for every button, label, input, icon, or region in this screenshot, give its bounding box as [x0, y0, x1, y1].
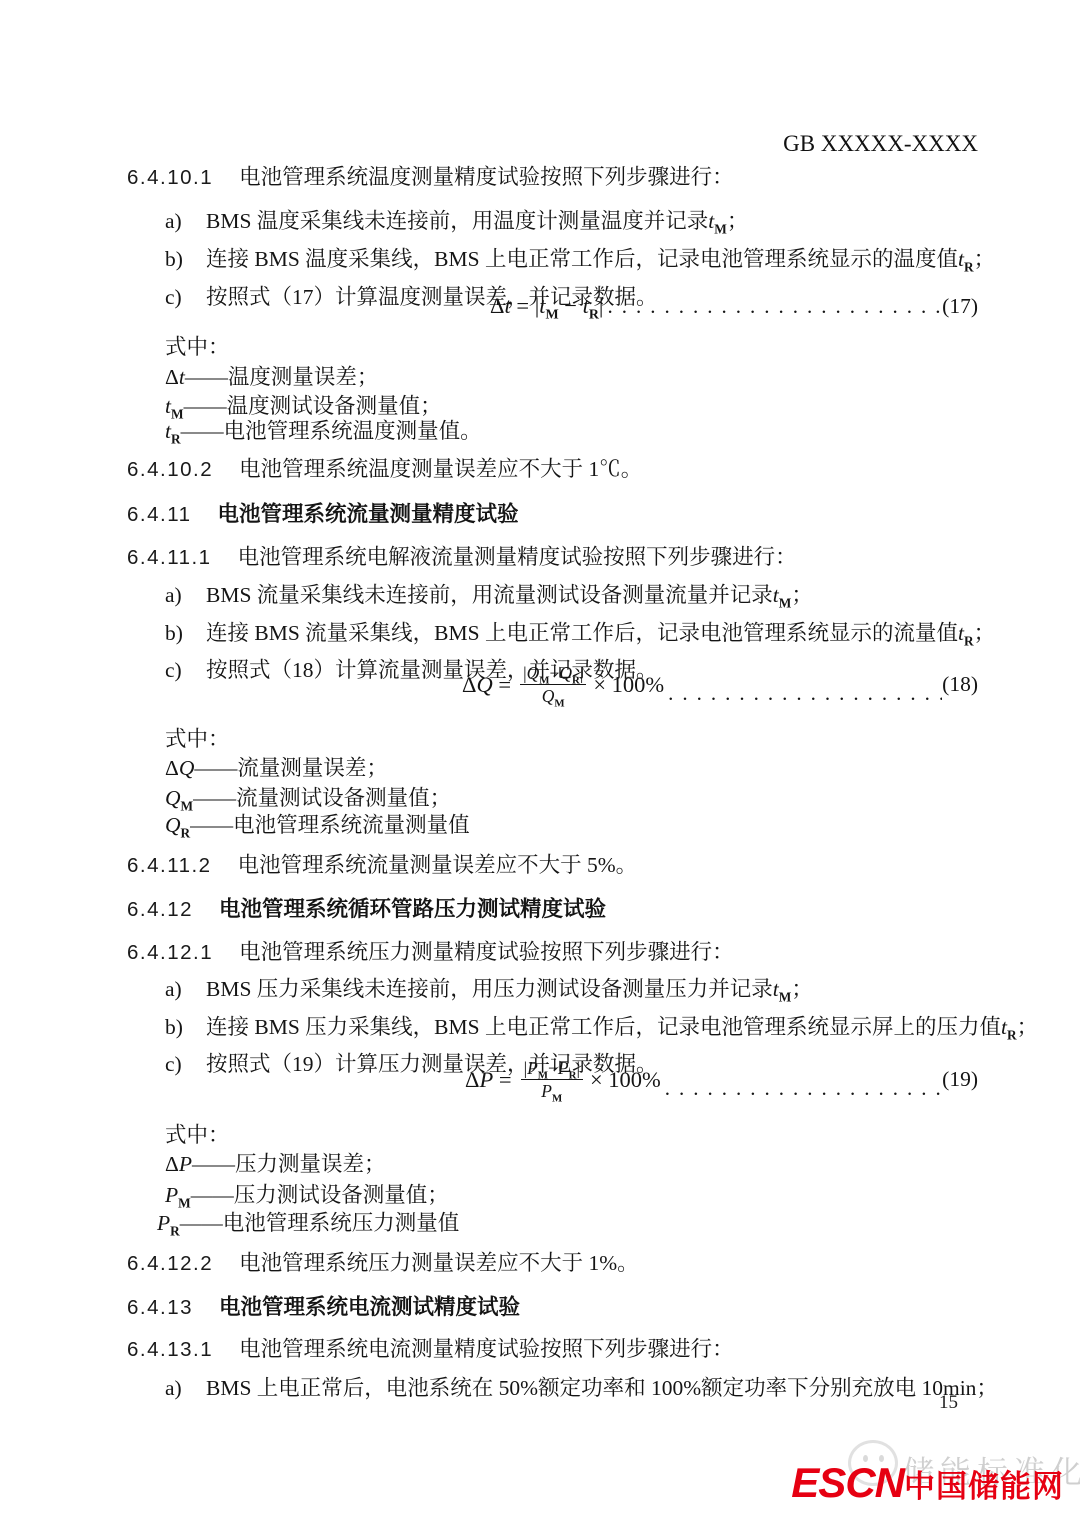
step-item-b: b)连接 BMS 温度采集线，BMS 上电正常工作后，记录电池管理系统显示的温度… [165, 242, 995, 273]
step-marker: a) [165, 977, 206, 1002]
equation-19-tail: × 100% [590, 1067, 661, 1093]
clause-text: 电池管理系统压力测量误差应不大于 1%。 [239, 1251, 639, 1275]
escn-logo-latin: ESCN [791, 1459, 904, 1507]
clause-6-4-12-1: 6.4.12.1电池管理系统压力测量精度试验按照下列步骤进行： [127, 935, 734, 966]
where-text: 式中： [165, 727, 230, 751]
clause-text: 电池管理系统电流测量精度试验按照下列步骤进行： [239, 1337, 734, 1361]
equation-17: Δt = |tM − tR| [490, 293, 603, 319]
heading-6-4-13: 6.4.13电池管理系统电流测试精度试验 [127, 1290, 520, 1321]
equation-19-lhs: ΔP = [465, 1067, 512, 1093]
dot-leader: ........................................… [661, 1076, 942, 1101]
clause-number: 6.4.13.1 [127, 1338, 213, 1361]
page-header: GB XXXXX-XXXX [783, 131, 978, 157]
step-item-b: b)连接 BMS 压力采集线，BMS 上电正常工作后，记录电池管理系统显示屏上的… [165, 1010, 1038, 1041]
heading-title: 电池管理系统流量测量精度试验 [217, 502, 518, 526]
fraction-denominator: PM [541, 1080, 562, 1101]
clause-number: 6.4.10.1 [127, 166, 213, 189]
heading-title: 电池管理系统电流测试精度试验 [219, 1295, 520, 1319]
where-label: 式中： [165, 330, 230, 361]
step-item-a: a)BMS 上电正常后，电池系统在 50%额定功率和 100%额定功率下分别充放… [165, 1371, 998, 1402]
heading-6-4-12: 6.4.12电池管理系统循环管路压力测试精度试验 [127, 892, 606, 923]
step-item-a: a)BMS 流量采集线未连接前，用流量测试设备测量流量并记录tM； [165, 578, 813, 609]
formula-17: Δt = |tM − tR| .........................… [127, 293, 978, 319]
clause-6-4-13-1: 6.4.13.1电池管理系统电流测量精度试验按照下列步骤进行： [127, 1332, 734, 1363]
step-item-a: a)BMS 压力采集线未连接前，用压力测试设备测量压力并记录tM； [165, 972, 813, 1003]
clause-6-4-11-2: 6.4.11.2电池管理系统流量测量误差应不大于 5%。 [127, 848, 637, 879]
formula-19: ΔP = |PM−PR| PM × 100% .................… [127, 1058, 978, 1101]
step-marker: a) [165, 209, 206, 234]
fraction: |QM−QR| QM [520, 663, 586, 706]
clause-6-4-10-1: 6.4.10.1电池管理系统温度测量精度试验按照下列步骤进行： [127, 160, 734, 191]
clause-6-4-12-2: 6.4.12.2电池管理系统压力测量误差应不大于 1%。 [127, 1246, 639, 1277]
dot-leader: ........................................… [603, 294, 942, 319]
heading-number: 6.4.13 [127, 1296, 193, 1319]
definition-p-r: PR——电池管理系统压力测量值 [157, 1206, 459, 1237]
step-marker: a) [165, 583, 206, 608]
fraction-denominator: QM [542, 685, 565, 706]
clause-number: 6.4.12.1 [127, 941, 213, 964]
step-item-b: b)连接 BMS 流量采集线，BMS 上电正常工作后，记录电池管理系统显示的流量… [165, 616, 995, 647]
clause-text: 电池管理系统压力测量精度试验按照下列步骤进行： [239, 940, 734, 964]
heading-title: 电池管理系统循环管路压力测试精度试验 [219, 897, 606, 921]
clause-text: 电池管理系统温度测量误差应不大于 1℃。 [239, 457, 642, 481]
definition-delta-t: Δt——温度测量误差； [165, 360, 378, 391]
escn-logo-chinese: 中国储能网 [904, 1461, 1064, 1506]
heading-number: 6.4.11 [127, 503, 191, 526]
step-text: BMS 温度采集线未连接前，用温度计测量温度并记录tM； [206, 209, 748, 233]
step-text: 连接 BMS 压力采集线，BMS 上电正常工作后，记录电池管理系统显示屏上的压力… [206, 1015, 1038, 1039]
fraction-numerator: |QM−QR| [520, 663, 586, 685]
definition-delta-p: ΔP——压力测量误差； [165, 1147, 385, 1178]
where-text: 式中： [165, 335, 230, 359]
equation-18-tail: × 100% [593, 672, 664, 698]
heading-number: 6.4.12 [127, 898, 193, 921]
equation-18-lhs: ΔQ = [462, 672, 511, 698]
where-text: 式中： [165, 1123, 230, 1147]
clause-text: 电池管理系统电解液流量测量精度试验按照下列步骤进行： [238, 545, 797, 569]
standard-number: GB XXXXX-XXXX [783, 131, 978, 156]
formula-18: ΔQ = |QM−QR| QM × 100% .................… [127, 663, 978, 706]
step-text: 连接 BMS 流量采集线，BMS 上电正常工作后，记录电池管理系统显示的流量值t… [206, 621, 995, 645]
heading-6-4-11: 6.4.11电池管理系统流量测量精度试验 [127, 497, 519, 528]
step-text: BMS 上电正常后，电池系统在 50%额定功率和 100%额定功率下分别充放电 … [206, 1376, 998, 1400]
step-item-a: a)BMS 温度采集线未连接前，用温度计测量温度并记录tM； [165, 204, 748, 235]
step-text: 连接 BMS 温度采集线，BMS 上电正常工作后，记录电池管理系统显示的温度值t… [206, 247, 995, 271]
clause-6-4-11-1: 6.4.11.1电池管理系统电解液流量测量精度试验按照下列步骤进行： [127, 540, 797, 571]
clause-text: 电池管理系统流量测量误差应不大于 5%。 [238, 853, 638, 877]
clause-text: 电池管理系统温度测量精度试验按照下列步骤进行： [239, 165, 734, 189]
step-marker: a) [165, 1376, 206, 1401]
dot-leader: ........................................… [664, 681, 942, 706]
definition-t-r: tR——电池管理系统温度测量值。 [165, 414, 482, 445]
clause-number: 6.4.12.2 [127, 1252, 213, 1275]
fraction: |PM−PR| PM [521, 1058, 583, 1101]
clause-6-4-10-2: 6.4.10.2电池管理系统温度测量误差应不大于 1℃。 [127, 452, 642, 483]
step-text: BMS 压力采集线未连接前，用压力测试设备测量压力并记录tM； [206, 977, 813, 1001]
where-label: 式中： [165, 722, 230, 753]
definition-p-m: PM——压力测试设备测量值； [165, 1178, 449, 1209]
clause-number: 6.4.10.2 [127, 458, 213, 481]
page-number: 15 [939, 1392, 958, 1414]
clause-number: 6.4.11.1 [127, 546, 212, 569]
step-marker: b) [165, 1015, 206, 1040]
fraction-numerator: |PM−PR| [521, 1058, 583, 1080]
document-page: GB XXXXX-XXXX 6.4.10.1电池管理系统温度测量精度试验按照下列… [0, 0, 1080, 1528]
step-text: BMS 流量采集线未连接前，用流量测试设备测量流量并记录tM； [206, 583, 813, 607]
definition-delta-q: ΔQ——流量测量误差； [165, 751, 388, 782]
escn-logo: ESCN中国储能网 [791, 1459, 1064, 1507]
clause-number: 6.4.11.2 [127, 854, 212, 877]
step-marker: b) [165, 247, 206, 272]
step-marker: b) [165, 621, 206, 646]
where-label: 式中： [165, 1118, 230, 1149]
formula-number: (18) [942, 672, 978, 697]
definition-q-r: QR——电池管理系统流量测量值 [165, 808, 470, 839]
formula-number: (17) [942, 294, 978, 319]
formula-number: (19) [942, 1067, 978, 1092]
